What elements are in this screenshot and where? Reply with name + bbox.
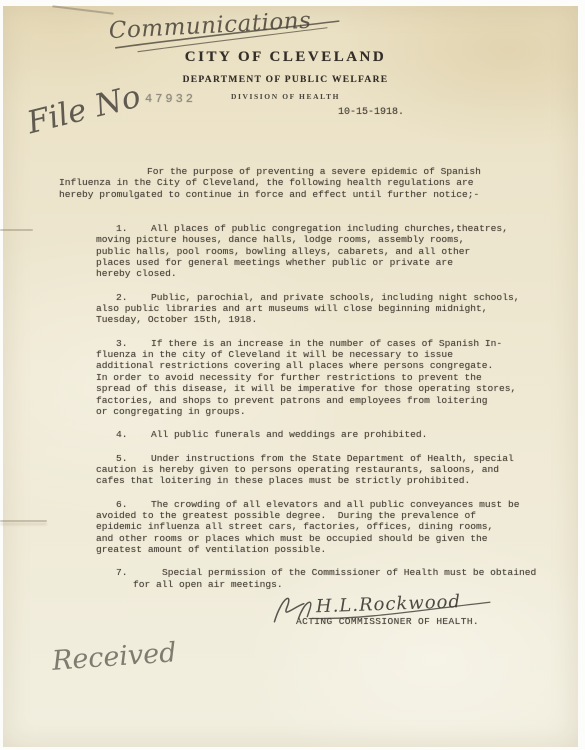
item-number: 5. [116, 453, 128, 464]
regulation-item: 5.Under instructions from the State Depa… [96, 453, 571, 487]
item-number: 6. [116, 499, 128, 510]
item-line: additional restrictions covering all pla… [96, 360, 571, 371]
item-line: In order to avoid necessity for further … [96, 372, 571, 383]
scan-background: { "annotations": { "communications": "Co… [0, 0, 585, 750]
received-text: Received [50, 637, 177, 677]
item-line: moving picture houses, dance halls, lodg… [96, 234, 571, 245]
item-number: 3. [116, 338, 128, 349]
document-date: 10-15-1918. [338, 107, 404, 118]
intro-paragraph: For the purpose of preventing a severe e… [59, 166, 571, 200]
item-line: cafes that loitering in these places mus… [96, 475, 571, 486]
signature-name-text: H.L.Rockwood [315, 591, 462, 617]
file-number-stamp: 47932 [145, 92, 196, 106]
item-line: fluenza in the city of Cleveland it will… [96, 349, 571, 360]
item-line: also public libraries and art museums wi… [96, 303, 571, 314]
communications-text: Communications [108, 8, 312, 45]
regulation-item: 1.All places of public congregation incl… [96, 223, 571, 280]
item-first-line: 2.Public, parochial, and private schools… [96, 292, 571, 303]
item-line: and other rooms or places which must be … [96, 533, 571, 544]
item-line: Tuesday, October 15th, 1918. [96, 314, 571, 325]
item-number: 1. [116, 223, 128, 234]
item-line: factories, and shops to prevent patrons … [96, 395, 571, 406]
item-first-line: 6.The crowding of all elevators and all … [96, 499, 571, 510]
regulation-item: 4.All public funerals and weddings are p… [96, 429, 571, 440]
item-first-line: 1.All places of public congregation incl… [96, 223, 571, 234]
item-line: greatest amount of ventilation possible. [96, 544, 571, 555]
intro-line: hereby promulgated to continue in force … [59, 189, 571, 200]
handwritten-received: Received [46, 626, 226, 688]
document-body: For the purpose of preventing a severe e… [59, 166, 571, 602]
file-no-text: File No [23, 78, 145, 141]
item-line: hereby closed. [96, 268, 571, 279]
item-first-line: 7.Special permission of the Commissioner… [96, 567, 571, 578]
handwritten-file-no: File No [20, 72, 146, 146]
fold-crease-upper [0, 229, 33, 231]
signature-title: ACTING COMMISSIONER OF HEALTH. [296, 616, 479, 627]
regulation-item: 6.The crowding of all elevators and all … [96, 499, 571, 556]
item-number: 4. [116, 429, 128, 440]
item-line: epidemic influenza all street cars, fact… [96, 521, 571, 532]
regulation-item: 3.If there is an increase in the number … [96, 338, 571, 417]
fold-crease-lower [0, 520, 47, 522]
regulation-list: 1.All places of public congregation incl… [59, 223, 571, 590]
intro-line: Influenza in the City of Cleveland, the … [59, 177, 571, 188]
item-line: caution is hereby given to persons opera… [96, 464, 571, 475]
regulation-item: 2.Public, parochial, and private schools… [96, 292, 571, 326]
item-line: spread of this disease, it will be imper… [96, 383, 571, 394]
item-first-line: 4.All public funerals and weddings are p… [96, 429, 571, 440]
item-line: avoided to the greatest possible degree.… [96, 510, 571, 521]
item-first-line: 5.Under instructions from the State Depa… [96, 453, 571, 464]
item-line: public halls, pool rooms, bowling alleys… [96, 246, 571, 257]
item-number: 2. [116, 292, 128, 303]
item-first-line: 3.If there is an increase in the number … [96, 338, 571, 349]
org-name: CITY OF CLEVELAND [0, 49, 571, 66]
item-number: 7. [116, 567, 128, 578]
item-line: or congregating in groups. [96, 406, 571, 417]
item-line: places used for general meetings whether… [96, 257, 571, 268]
intro-line: For the purpose of preventing a severe e… [59, 166, 571, 177]
